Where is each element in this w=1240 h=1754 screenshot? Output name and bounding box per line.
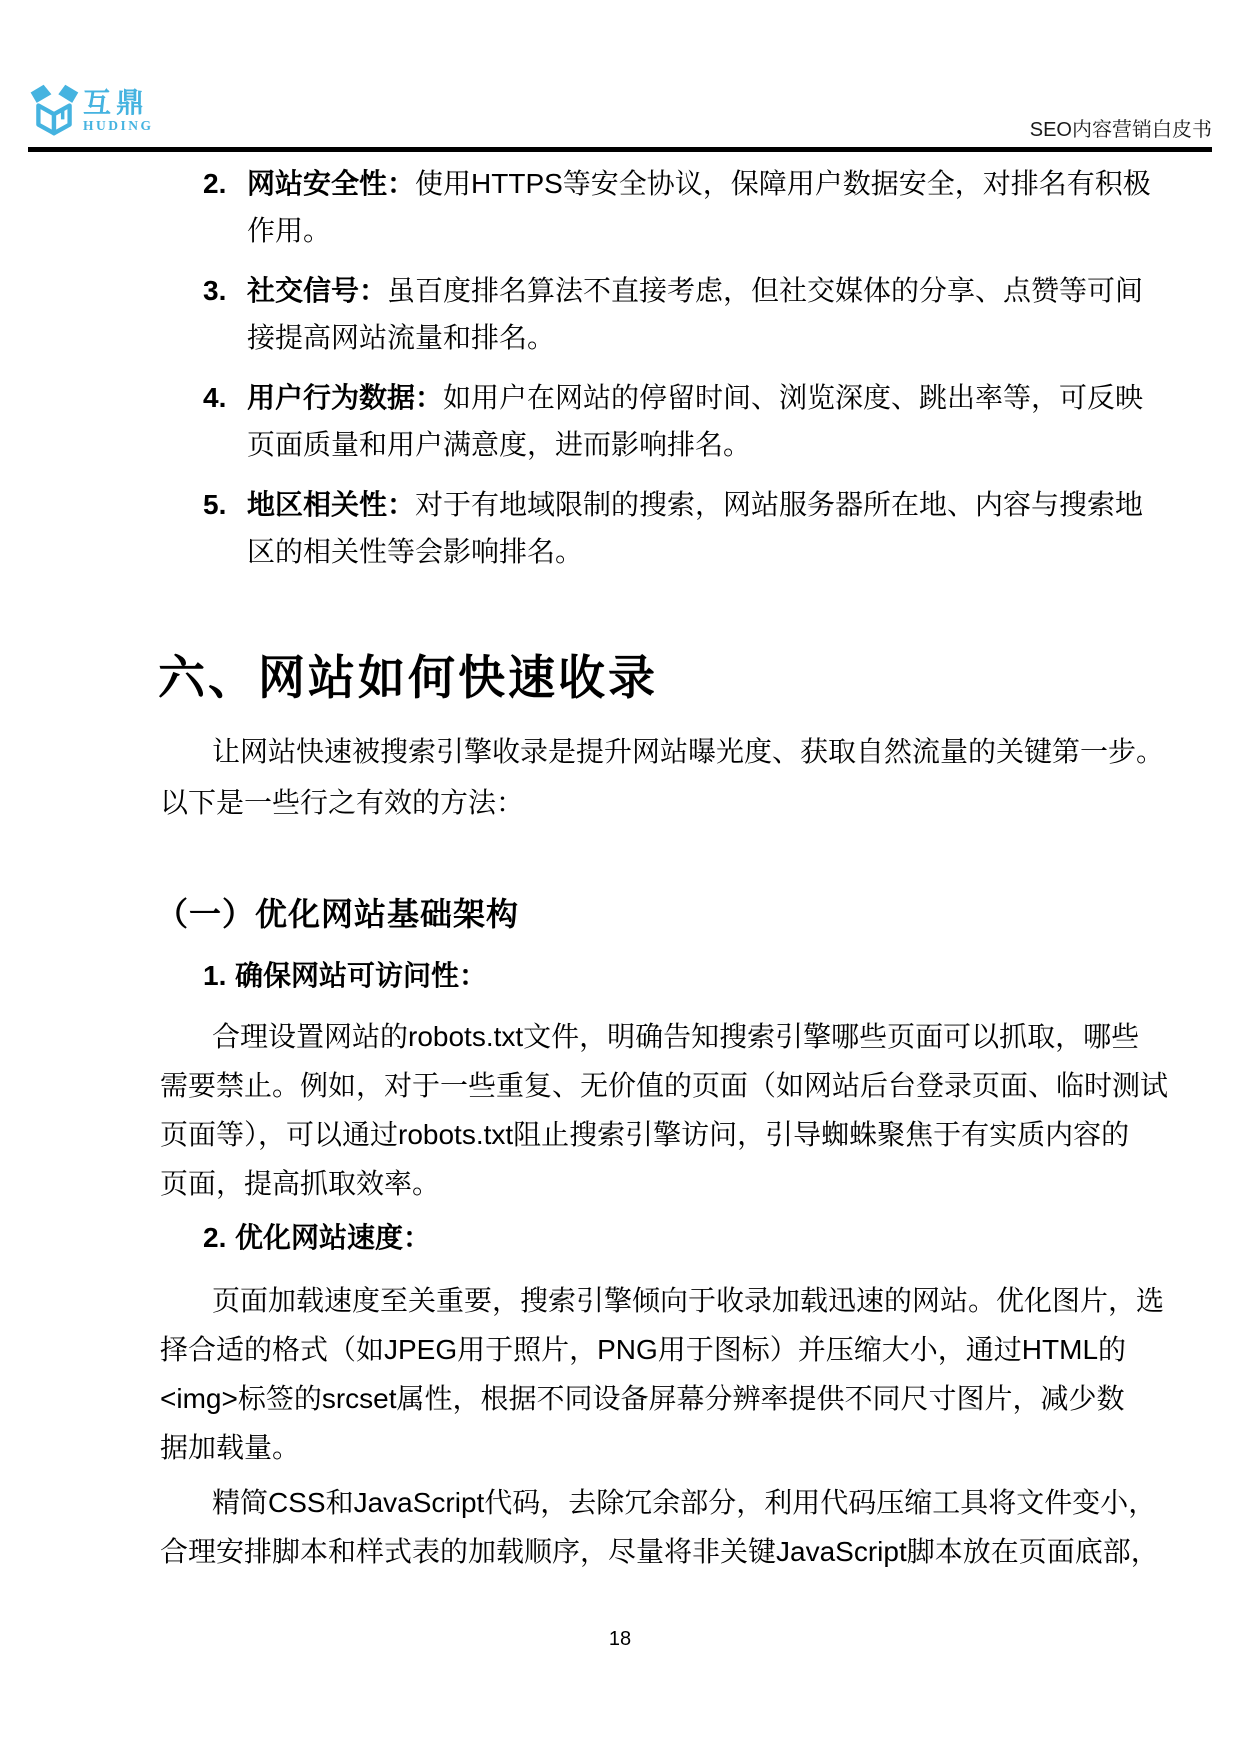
list-item-line: 用户行为数据：如用户在网站的停留时间、浏览深度、跳出率等，可反映 — [247, 374, 1100, 421]
paragraph-line: 页面，提高抓取效率。 — [160, 1159, 1120, 1208]
paragraph-line: 页面加载速度至关重要，搜索引擎倾向于收录加载迅速的网站。优化图片，选 — [160, 1276, 1120, 1325]
list-item-line: 网站安全性：使用HTTPS等安全协议，保障用户数据安全，对排名有积极 — [247, 160, 1100, 207]
subsection-number: 1. — [203, 956, 226, 996]
header-doc-title: SEO内容营销白皮书 — [1030, 117, 1212, 143]
list-item-line: 接提高网站流量和排名。 — [247, 314, 1100, 361]
paragraph-line: 精简CSS和JavaScript代码，去除冗余部分，利用代码压缩工具将文件变小， — [160, 1478, 1120, 1527]
ranking-factors-list: 2. 网站安全性：使用HTTPS等安全协议，保障用户数据安全，对排名有积极 作用… — [160, 160, 1100, 588]
intro-line: 让网站快速被搜索引擎收录是提升网站曝光度、获取自然流量的关键第一步。 — [160, 726, 1164, 777]
paragraph-line: 据加载量。 — [160, 1423, 1120, 1472]
list-item: 3. 社交信号：虽百度排名算法不直接考虑，但社交媒体的分享、点赞等可间 接提高网… — [160, 267, 1100, 361]
subsection-2-paragraph-2: 精简CSS和JavaScript代码，去除冗余部分，利用代码压缩工具将文件变小，… — [160, 1478, 1120, 1576]
list-item-line: 社交信号：虽百度排名算法不直接考虑，但社交媒体的分享、点赞等可间 — [247, 267, 1100, 314]
paragraph-line: 合理安排脚本和样式表的加载顺序，尽量将非关键JavaScript脚本放在页面底部… — [160, 1527, 1120, 1576]
list-item-text: 使用HTTPS等安全协议，保障用户数据安全，对排名有积极 — [415, 168, 1151, 199]
list-item-number: 2. — [203, 160, 226, 207]
subsection-number: 2. — [203, 1218, 226, 1258]
list-item-line: 地区相关性：对于有地域限制的搜索，网站服务器所在地、内容与搜索地 — [247, 481, 1100, 528]
list-item-label: 网站安全性： — [247, 168, 415, 199]
section-title: （一）优化网站基础架构 — [156, 893, 519, 935]
brand-name-zh: 互鼎 — [83, 88, 154, 118]
list-item-text: 对于有地域限制的搜索，网站服务器所在地、内容与搜索地 — [415, 489, 1143, 520]
list-item: 5. 地区相关性：对于有地域限制的搜索，网站服务器所在地、内容与搜索地 区的相关… — [160, 481, 1100, 575]
list-item-line: 作用。 — [247, 207, 1100, 254]
subsection-1-paragraph: 合理设置网站的robots.txt文件，明确告知搜索引擎哪些页面可以抓取，哪些 … — [160, 1012, 1120, 1208]
huding-logo-text: 互鼎 HUDING — [83, 88, 154, 133]
list-item: 4. 用户行为数据：如用户在网站的停留时间、浏览深度、跳出率等，可反映 页面质量… — [160, 374, 1100, 468]
document-page: 互鼎 HUDING SEO内容营销白皮书 2. 网站安全性：使用HTTPS等安全… — [0, 0, 1240, 1754]
list-item-number: 4. — [203, 374, 226, 421]
list-item-line: 页面质量和用户满意度，进而影响排名。 — [247, 421, 1100, 468]
huding-cube-icon — [28, 80, 80, 138]
brand-name-en: HUDING — [83, 118, 154, 133]
list-item-text: 如用户在网站的停留时间、浏览深度、跳出率等，可反映 — [443, 382, 1143, 413]
paragraph-line: <img>标签的srcset属性，根据不同设备屏幕分辨率提供不同尺寸图片，减少数 — [160, 1374, 1120, 1423]
paragraph-line: 择合适的格式（如JPEG用于照片，PNG用于图标）并压缩大小，通过HTML的 — [160, 1325, 1120, 1374]
subsection-2-paragraph-1: 页面加载速度至关重要，搜索引擎倾向于收录加载迅速的网站。优化图片，选 择合适的格… — [160, 1276, 1120, 1472]
list-item-text: 虽百度排名算法不直接考虑，但社交媒体的分享、点赞等可间 — [387, 275, 1143, 306]
subsection-1-heading: 1. 确保网站可访问性： — [160, 956, 1100, 996]
list-item-number: 5. — [203, 481, 226, 528]
huding-logo: 互鼎 HUDING — [28, 80, 154, 138]
paragraph-line: 合理设置网站的robots.txt文件，明确告知搜索引擎哪些页面可以抓取，哪些 — [160, 1012, 1120, 1061]
list-item-number: 3. — [203, 267, 226, 314]
subsection-2-heading: 2. 优化网站速度： — [160, 1218, 1100, 1258]
paragraph-line: 需要禁止。例如，对于一些重复、无价值的页面（如网站后台登录页面、临时测试 — [160, 1061, 1120, 1110]
list-item-line: 区的相关性等会影响排名。 — [247, 528, 1100, 575]
list-item: 2. 网站安全性：使用HTTPS等安全协议，保障用户数据安全，对排名有积极 作用… — [160, 160, 1100, 254]
chapter-title: 六、网站如何快速收录 — [158, 648, 658, 708]
intro-line: 以下是一些行之有效的方法： — [160, 777, 1164, 828]
subsection-title: 优化网站速度： — [160, 1218, 431, 1258]
list-item-label: 社交信号： — [247, 275, 387, 306]
list-item-label: 地区相关性： — [247, 489, 415, 520]
chapter-intro: 让网站快速被搜索引擎收录是提升网站曝光度、获取自然流量的关键第一步。 以下是一些… — [160, 726, 1164, 828]
page-number: 18 — [0, 1626, 1240, 1652]
list-item-label: 用户行为数据： — [247, 382, 443, 413]
header-double-rule — [28, 147, 1212, 152]
paragraph-line: 页面等），可以通过robots.txt阻止搜索引擎访问，引导蜘蛛聚焦于有实质内容… — [160, 1110, 1120, 1159]
